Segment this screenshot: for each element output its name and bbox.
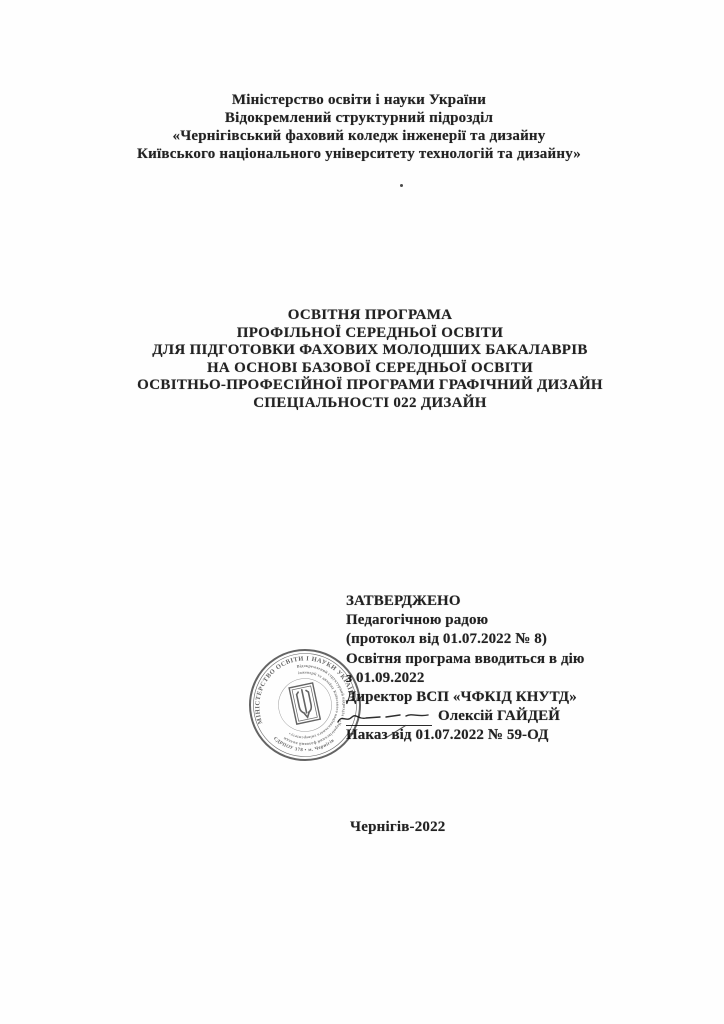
header-line-subdivision: Відокремлений структурний підрозділ xyxy=(0,109,718,127)
title-line-profession: ОСВІТНЬО-ПРОФЕСІЙНОЇ ПРОГРАМИ ГРАФІЧНИЙ … xyxy=(8,377,724,395)
header-line-university: Київського національного університету те… xyxy=(0,145,718,163)
header-line-college: «Чернігівський фаховий коледж інженерії … xyxy=(0,127,718,145)
institution-header: Міністерство освіти і науки України Відо… xyxy=(0,91,718,163)
approved-label: ЗАТВЕРДЖЕНО xyxy=(346,592,676,611)
scan-dot-artifact xyxy=(400,184,403,187)
director-title-line: Директор ВСП «ЧФКІД КНУТД» xyxy=(346,688,676,707)
title-line-education-type: ПРОФІЛЬНОЇ СЕРЕДНЬОЇ ОСВІТИ xyxy=(8,325,724,343)
title-line-basis: НА ОСНОВІ БАЗОВОЇ СЕРЕДНЬОЇ ОСВІТИ xyxy=(8,360,724,378)
signatory-name: Олексій ГАЙДЕЙ xyxy=(438,707,560,726)
title-line-program: ОСВІТНЯ ПРОГРАМА xyxy=(8,307,724,325)
order-line: Наказ від 01.07.2022 № 59-ОД xyxy=(346,726,676,745)
trident-emblem-icon xyxy=(289,683,320,724)
approval-effective-line: Освітня програма вводиться в дію xyxy=(346,650,676,669)
official-stamp: МІНІСТЕРСТВО ОСВІТИ І НАУКИ УКРАЇНИ ЄДРП… xyxy=(246,646,364,764)
signature-row: Олексій ГАЙДЕЙ xyxy=(346,707,676,726)
approval-block: ЗАТВЕРДЖЕНО Педагогічною радою (протокол… xyxy=(346,592,676,745)
stamp-seal-icon: МІНІСТЕРСТВО ОСВІТИ І НАУКИ УКРАЇНИ ЄДРП… xyxy=(246,646,364,764)
title-line-specialty: СПЕЦІАЛЬНОСТІ 022 ДИЗАЙН xyxy=(8,395,724,413)
approval-body-line: Педагогічною радою xyxy=(346,611,676,630)
document-title: ОСВІТНЯ ПРОГРАМА ПРОФІЛЬНОЇ СЕРЕДНЬОЇ ОС… xyxy=(8,307,724,412)
header-line-ministry: Міністерство освіти і науки України xyxy=(0,91,718,109)
approval-protocol-line: (протокол від 01.07.2022 № 8) xyxy=(346,630,676,649)
document-page: Міністерство освіти і науки України Відо… xyxy=(0,0,724,1024)
footer-city-year: Чернігів-2022 xyxy=(350,819,446,836)
title-line-bachelors: ДЛЯ ПІДГОТОВКИ ФАХОВИХ МОЛОДШИХ БАКАЛАВР… xyxy=(8,342,724,360)
approval-effective-date: з 01.09.2022 xyxy=(346,669,676,688)
